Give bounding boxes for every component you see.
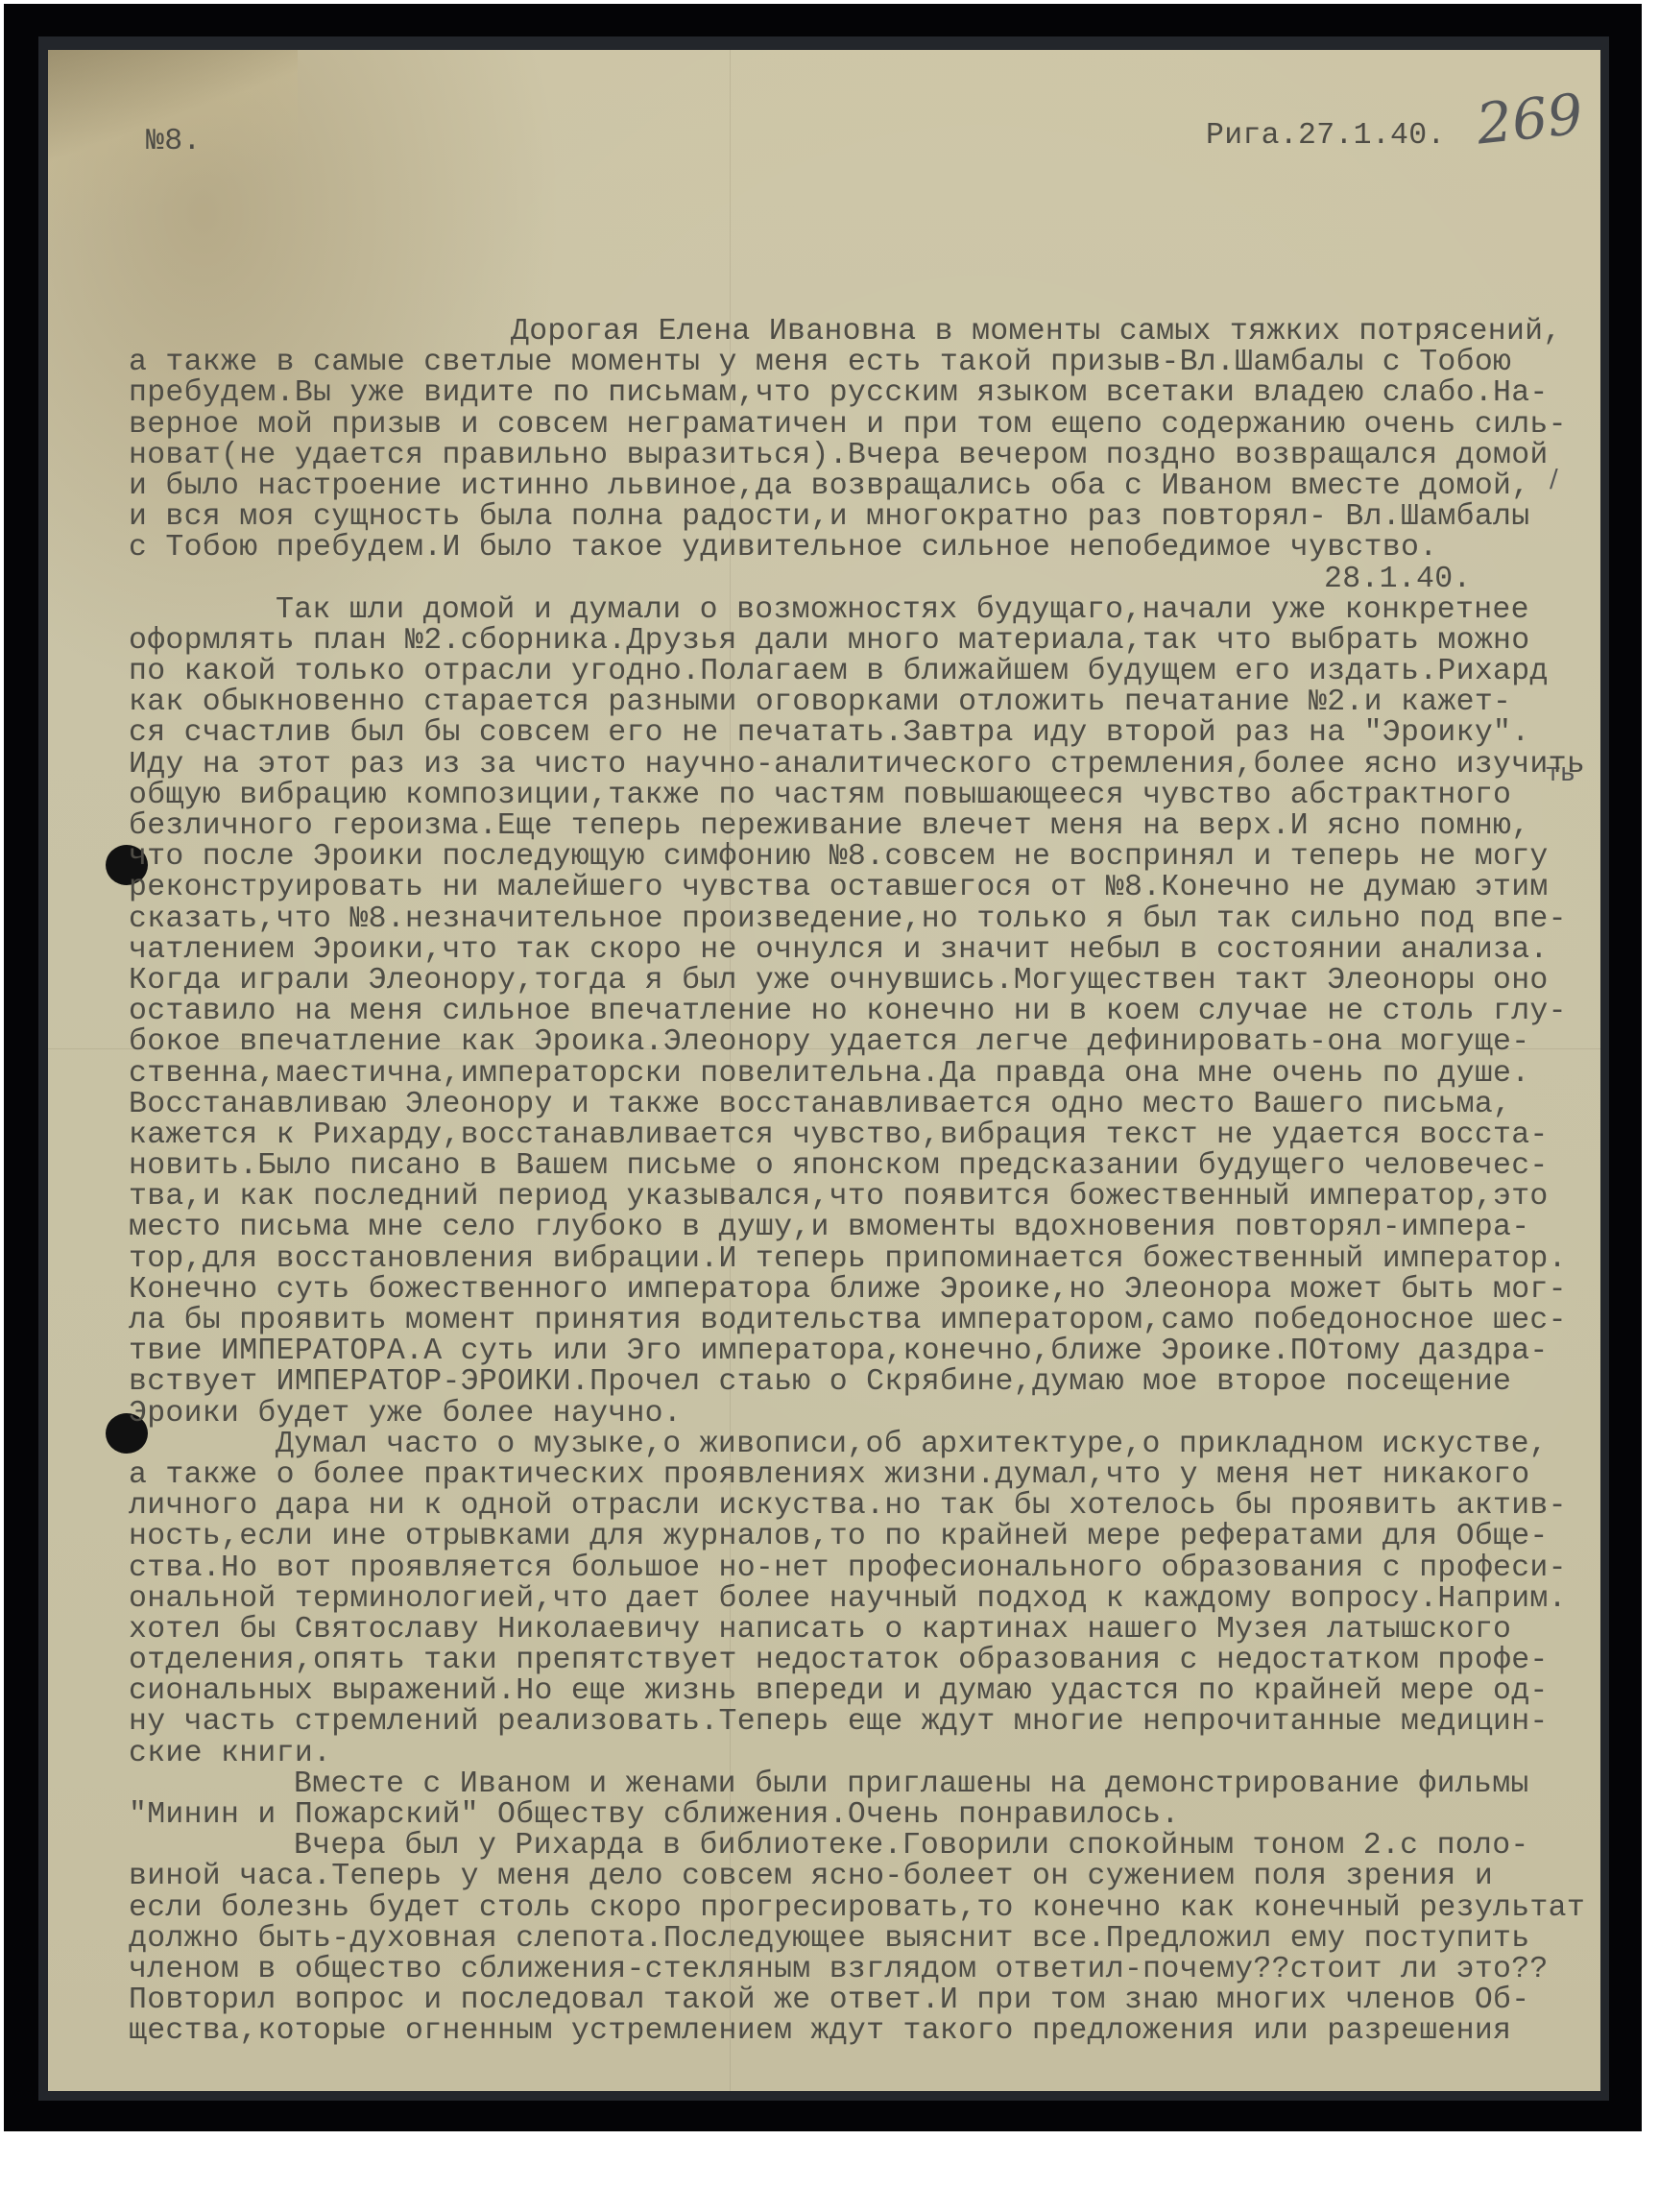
text-line: Конечно суть божественного императора бл… (129, 1275, 1600, 1306)
text-line: тва,и как последний период указывался,чт… (129, 1182, 1600, 1213)
text-line: щества,которые огненным устремлением жду… (129, 2016, 1600, 2047)
text-line: ность,если ине отрывками для журналов,то… (129, 1522, 1600, 1552)
text-line: новить.Было писано в Вашем письме о япон… (129, 1151, 1600, 1182)
text-line: отделения,опять таки препятствует недост… (129, 1646, 1600, 1676)
text-line: а также о более практических проявлениях… (129, 1460, 1600, 1491)
text-line: Когда играли Элеонору,тогда я был уже оч… (129, 966, 1600, 997)
text-line: вствует ИМПЕРАТОР-ЭРОИКИ.Прочел стаью о … (129, 1367, 1600, 1398)
paragraph-start-line: Думал часто о музыке,о живописи,об архит… (129, 1430, 1600, 1460)
text-line: Повторил вопрос и последовал такой же от… (129, 1985, 1600, 2016)
folio-number-handwritten: 269 (1474, 81, 1586, 156)
text-line: хотел бы Святославу Николаевичу написать… (129, 1615, 1600, 1646)
text-line: безличного героизма.Еще теперь переживан… (129, 811, 1600, 842)
paragraph-start-line: Вместе с Иваном и женами были приглашены… (129, 1769, 1600, 1800)
typewritten-letter-page: №8. Рига.27.1.40. 269 / ть Дорогая Елена… (48, 50, 1600, 2091)
text-line: бокое впечатление как Эроика.Элеонору уд… (129, 1027, 1600, 1058)
paragraph-start-line: Вчера был у Рихарда в библиотеке.Говорил… (129, 1831, 1600, 1862)
text-line: место письма мне село глубоко в душу,и в… (129, 1213, 1600, 1243)
text-line: новат(не удается правильно выразиться).В… (129, 441, 1600, 471)
text-line: Иду на этот раз из за чисто научно-анали… (129, 750, 1600, 781)
letter-body: Дорогая Елена Ивановна в моменты самых т… (129, 317, 1600, 2048)
text-line: а также в самые светлые моменты у меня е… (129, 348, 1600, 378)
paragraph-start-line: Так шли домой и думали о возможностях бу… (129, 595, 1600, 626)
text-line: и вся моя сущность была полна радости,и … (129, 502, 1600, 533)
text-line: оформлять план №2.сборника.Друзья дали м… (129, 626, 1600, 657)
text-line: ся счастлив был бы совсем его не печатат… (129, 718, 1600, 749)
text-line: тор,для восстановления вибрации.И теперь… (129, 1244, 1600, 1275)
letter-number: №8. (146, 125, 202, 158)
text-line: пребудем.Вы уже видите по письмам,что ру… (129, 378, 1600, 409)
text-line: ские книги. (129, 1739, 1600, 1769)
text-line: твие ИМПЕРАТОРА.А суть или Эго император… (129, 1336, 1600, 1367)
place-date: Рига.27.1.40. (1206, 119, 1446, 153)
text-line: сиональных выражений.Но еще жизнь вперед… (129, 1676, 1600, 1707)
text-line: и было настроение истинно львиное,да воз… (129, 471, 1600, 502)
text-line: ства.Но вот проявляется большое но-нет п… (129, 1553, 1600, 1584)
text-line: с Тобою пребудем.И было такое удивительн… (129, 533, 1600, 564)
text-line: ональной терминологией,что дает более на… (129, 1584, 1600, 1615)
text-line: если болезнь будет столь скоро прогресир… (129, 1893, 1600, 1924)
salutation-line: Дорогая Елена Ивановна в моменты самых т… (129, 317, 1600, 348)
text-line: чатлением Эроики,что так скоро не очнулс… (129, 935, 1600, 966)
text-line: верное мой призыв и совсем неграматичен … (129, 410, 1600, 441)
text-line: Эроики будет уже более научно. (129, 1399, 1600, 1430)
second-date: 28.1.40. (129, 565, 1600, 595)
text-line: сказать,что №8.незначительное произведен… (129, 904, 1600, 935)
text-line: должно быть-духовная слепота.Последующее… (129, 1924, 1600, 1955)
text-line: ла бы проявить момент принятия водительс… (129, 1306, 1600, 1336)
text-line: ственна,маестична,императорски повелител… (129, 1059, 1600, 1090)
text-line: ну часть стремлений реализовать.Теперь е… (129, 1707, 1600, 1738)
text-line: как обыкновенно старается разными оговор… (129, 687, 1600, 718)
text-line: Восстанавливаю Элеонору и также восстана… (129, 1090, 1600, 1120)
text-line: по какой только отрасли угодно.Полагаем … (129, 657, 1600, 687)
text-line: "Минин и Пожарский" Обществу сближения.О… (129, 1800, 1600, 1831)
text-line: кажется к Рихарду,восстанавливается чувс… (129, 1120, 1600, 1151)
text-line: общую вибрацию композиции,также по частя… (129, 781, 1600, 811)
text-line: оставило на меня сильное впечатление но … (129, 997, 1600, 1027)
text-line: реконструировать ни малейшего чувства ос… (129, 873, 1600, 903)
text-line: личного дара ни к одной отрасли искуства… (129, 1491, 1600, 1522)
text-line: виной часа.Теперь у меня дело совсем ясн… (129, 1862, 1600, 1892)
text-line: членом в общество сближения-стекляным вз… (129, 1955, 1600, 1985)
text-line: что после Эроики последующую симфонию №8… (129, 842, 1600, 873)
